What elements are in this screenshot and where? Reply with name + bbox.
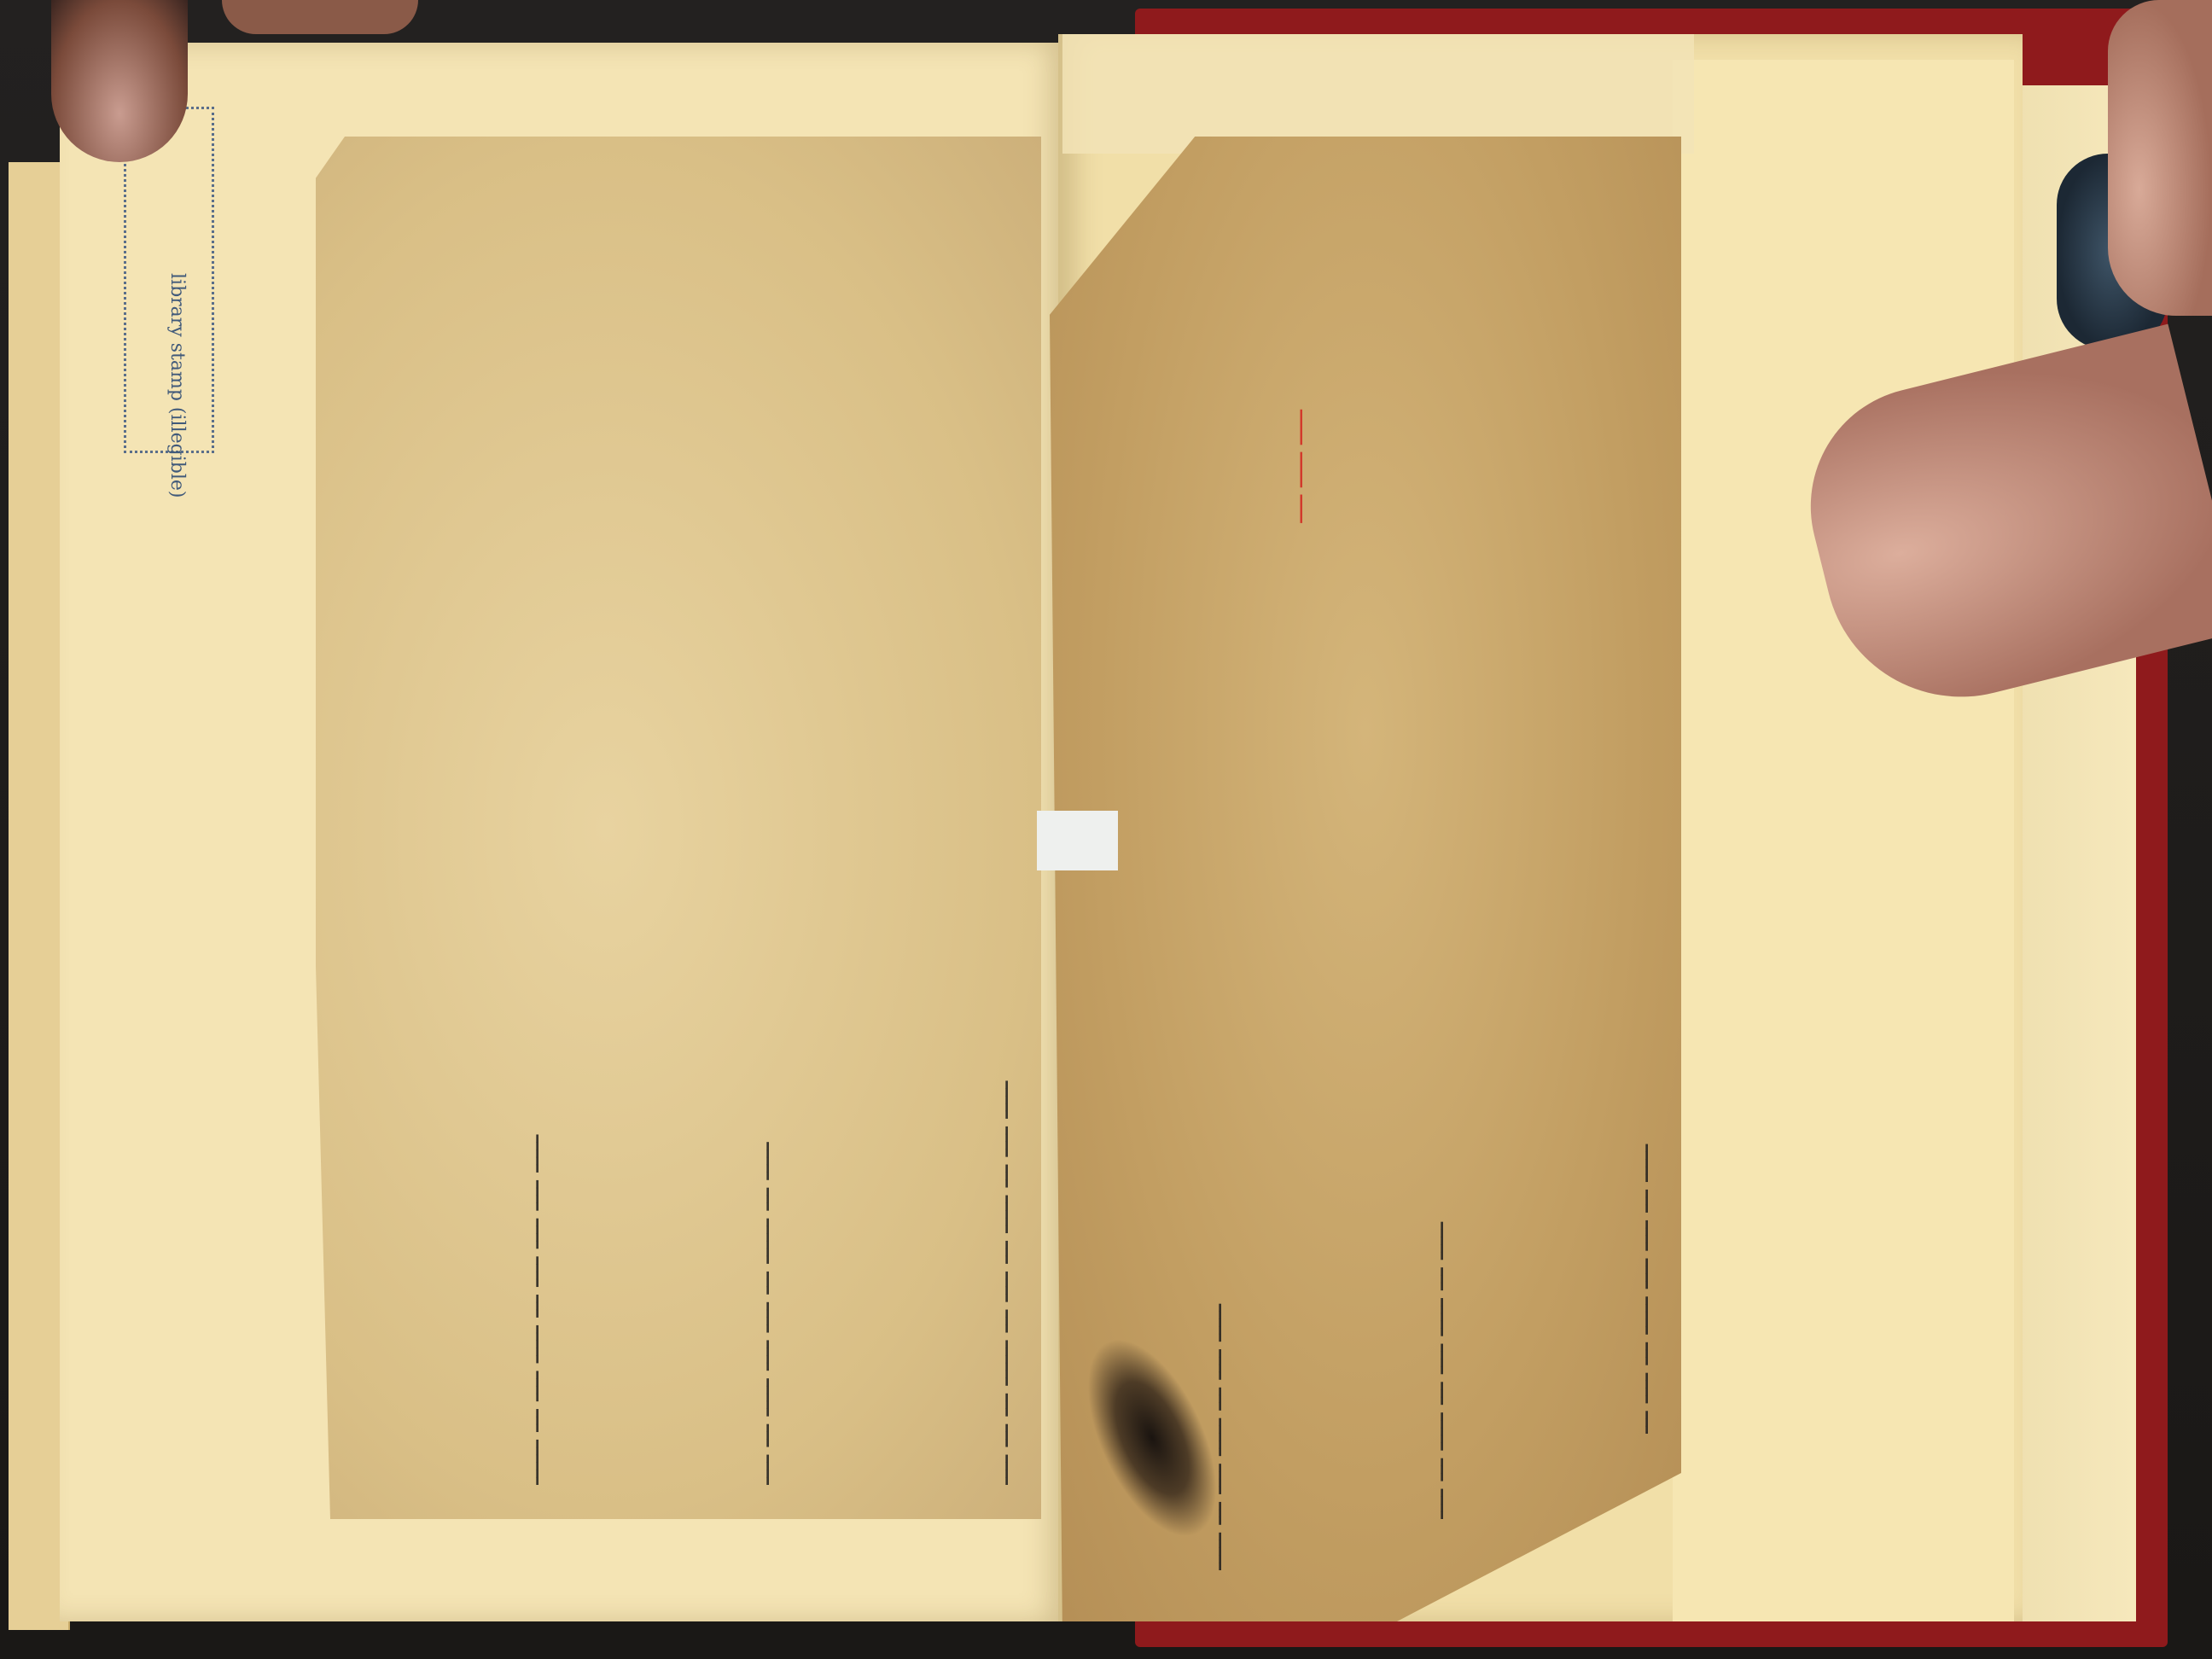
text-column: ـــــ ــــ ـــ ـــــ ــــ ـــ ـــــ — [1190, 307, 1237, 1570]
repair-patch — [1037, 811, 1118, 870]
text-column: ـــــ ـــ ـــــ ــــ ـــ ـــــ ـــ ــــ — [1412, 188, 1459, 1519]
text-column: ـــــ ــــ ــــ ــــ ـــ ـــــ ــــ ـــ … — [507, 154, 555, 1485]
finger-top-right — [2108, 0, 2212, 316]
manuscript-fragment-left: ـــــ ــــ ـــ ـــــ ـــ ــــ ـــ ــــــ… — [316, 137, 1041, 1519]
finger-top-left — [51, 0, 188, 162]
red-annotation: ـــــ ـــــ ــــ — [1280, 410, 1308, 523]
text-column: ـــــ ـــ ــــــ ـــ ــــ ــــ ـــــ ـــ… — [737, 154, 785, 1485]
finger-top — [222, 0, 418, 34]
text-column: ـــــ ـــ ــــ ــــ ـــــ ـــ ــــ ـــ — [1616, 154, 1664, 1434]
right-paper-flap — [1673, 60, 2014, 1621]
repair-tape — [1062, 34, 1694, 154]
stamp-text: library stamp (illegible) — [166, 273, 188, 498]
text-column: ـــــ ــــ ـــ ـــــ ـــ ــــ ـــ ــــــ… — [976, 154, 1024, 1485]
